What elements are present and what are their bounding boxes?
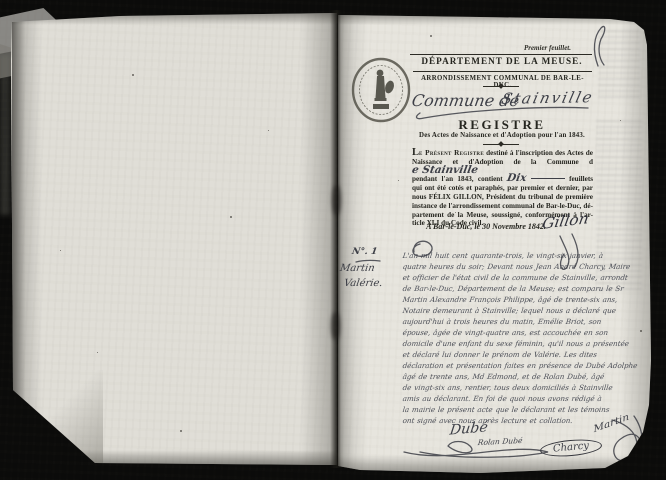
preamble-line: Naissance et d'Adoption de la Commune de… (412, 158, 593, 176)
communal-seal (350, 56, 412, 124)
act-line: âgé de trente ans, Md Edmond, et de Rola… (402, 371, 649, 382)
preamble-line: qui ont été cotés et paraphés, par premi… (412, 184, 593, 193)
header-rule (413, 71, 592, 72)
preamble-line: pendant l'an 1843, contient Dix feuillet… (412, 175, 593, 184)
act-line: aujourd'hui à trois heures du matin, Emé… (402, 316, 649, 327)
microfilm-scan: Premier feuillet. DÉPARTEMENT DE LA MEUS… (0, 0, 666, 480)
act-line: de Bar-le-Duc, Département de la Meuse; … (402, 283, 649, 294)
act-line: la mairie le présent acte que le déclara… (402, 404, 649, 415)
act-line: domicile d'une enfant du sexe féminin, q… (402, 338, 649, 349)
book-gutter (330, 10, 344, 468)
ornament-divider (483, 83, 519, 89)
act-line: Martin Alexandre François Philippe, âgé … (402, 294, 649, 305)
act-number-underline (356, 260, 380, 262)
act-line: Notaire demeurant à Stainville; lequel n… (402, 305, 649, 316)
handwritten-dash (531, 177, 565, 179)
mayor-signature-oval: Charcy (539, 437, 602, 458)
signature-swash (448, 442, 472, 453)
seal-figure-icon (350, 56, 412, 124)
preamble-line: nous FÉLIX GILLON, Président du tribunal… (412, 193, 593, 202)
act-line: de vingt-six ans, rentier, tous deux dom… (402, 382, 649, 393)
gutter-stain (331, 312, 340, 340)
act-line: et déclaré lui donner le prénom de Valér… (402, 349, 649, 360)
act-line: amis au déclarant. En foi de quoi nous a… (402, 393, 649, 404)
preamble-line: Le Présent Registre destiné à l'inscript… (412, 149, 593, 158)
premier-feuillet-flourish (594, 26, 604, 66)
witness-signature: Rolan Dubé (477, 436, 523, 447)
gutter-stain (332, 185, 341, 215)
act-number: N°. 1 (351, 247, 378, 257)
act-line: et officier de l'état civil de la commun… (402, 272, 649, 283)
act-line: épouse, âgée de vingt-quatre ans, est ac… (402, 327, 649, 338)
register-subtitle: Des Actes de Naissance et d'Adoption pou… (411, 132, 593, 139)
act-margin-name: Martin (339, 263, 375, 274)
act-line: L'an mil huit cent quarante-trois, le vi… (402, 250, 649, 261)
birth-act-text: L'an mil huit cent quarante-trois, le vi… (402, 250, 648, 426)
department-title: DÉPARTEMENT DE LA MEUSE. (411, 56, 593, 66)
preamble-line: instance de l'arrondissement communal de… (412, 202, 593, 211)
ink-bleedthrough (598, 30, 640, 100)
film-streak (0, 55, 10, 215)
act-line: quatre heures du soir; Devant nous Jean … (402, 261, 649, 272)
act-margin-name: Valérie. (343, 278, 383, 289)
act-line: déclaration et présentation faites en pr… (402, 360, 649, 371)
signature-swash (404, 449, 548, 457)
witness-signature: Dubé (449, 419, 489, 438)
ornament-divider (483, 141, 519, 147)
sheet-note: Premier feuillet. (505, 44, 571, 52)
header-rule (410, 54, 592, 55)
commune-name-handwritten: Stainville (500, 88, 596, 108)
